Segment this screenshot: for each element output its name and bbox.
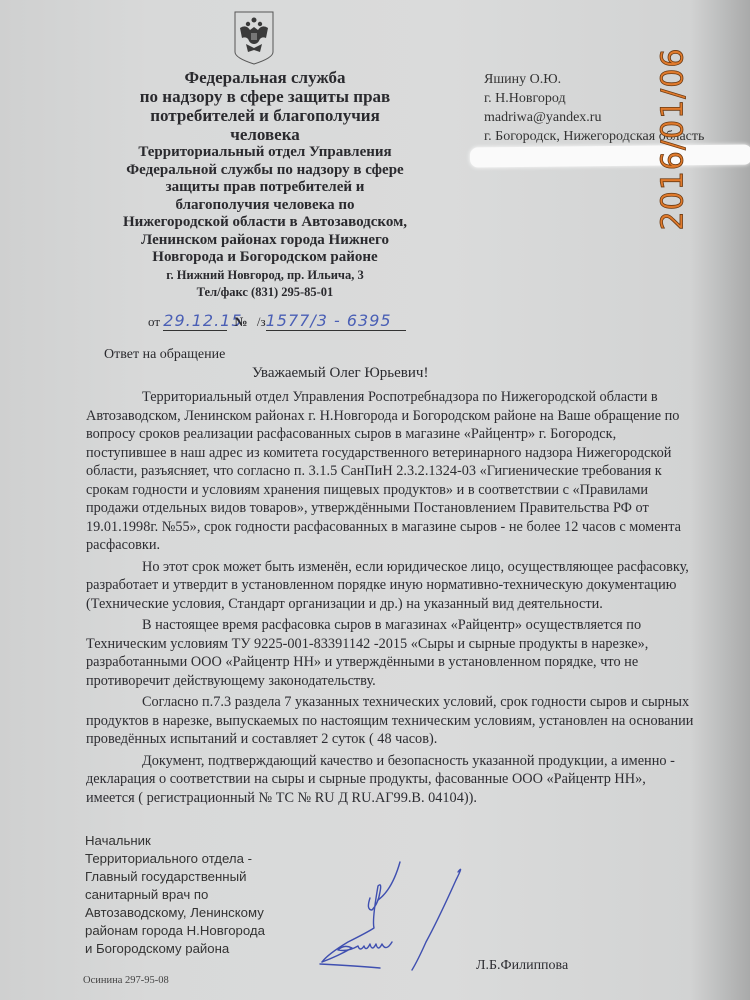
signer-title-line: Главный государственный [85, 868, 265, 886]
dept-name-line: благополучия человека по [95, 197, 435, 215]
org-name-line: человека [95, 125, 435, 144]
reference-line: от 29.12.15 № /з1577/3 - 6395 [148, 311, 406, 331]
photo-date-stamp: 2016/01/06 [655, 60, 691, 218]
signer-title-line: Территориального отдела - [85, 850, 265, 868]
coat-of-arms-icon [232, 10, 276, 66]
letter-page: Федеральная служба по надзору в сфере за… [0, 0, 750, 1000]
signer-title-line: районам города Н.Новгорода [85, 922, 265, 940]
dept-name-line: Федеральной службы по надзору в сфере [95, 162, 435, 180]
signer-title-line: Автозаводскому, Ленинскому [85, 904, 265, 922]
signer-title-line: Начальник [85, 832, 265, 850]
executor-note: Осинина 297-95-08 [83, 975, 169, 986]
letter-subject: Ответ на обращение [104, 347, 225, 363]
organization-header: Федеральная служба по надзору в сфере за… [95, 68, 435, 301]
body-paragraph: Документ, подтверждающий качество и безо… [86, 752, 696, 808]
org-name-line: Федеральная служба [95, 68, 435, 87]
signer-name: Л.Б.Филиппова [476, 958, 568, 974]
ref-from-label: от [148, 314, 160, 329]
date-stamp-text: 2016/01/06 [656, 48, 691, 231]
dept-name-line: Новгорода и Богородском районе [95, 249, 435, 267]
org-name-line: потребителей и благополучия [95, 106, 435, 125]
redaction-mark [470, 145, 750, 168]
ref-number-handwritten: 1577/3 - 6395 [266, 311, 392, 330]
dept-name-line: Ленинском районах города Нижнего [95, 232, 435, 250]
ref-number-label: № [235, 314, 248, 329]
signer-title: Начальник Территориального отдела - Глав… [85, 832, 265, 958]
signer-title-line: санитарный врач по [85, 886, 265, 904]
signer-title-line: и Богородскому района [85, 940, 265, 958]
ref-number-prefix: /з [257, 314, 266, 329]
dept-name-line: Территориальный отдел Управления [95, 144, 435, 162]
handwritten-signature [308, 860, 483, 980]
dept-name-line: защиты прав потребителей и [95, 179, 435, 197]
body-paragraph: Территориальный отдел Управления Роспотр… [86, 388, 696, 555]
ref-date-handwritten: 29.12.15 [163, 311, 242, 330]
org-name-line: по надзору в сфере защиты прав [95, 87, 435, 106]
body-paragraph: Но этот срок может быть изменён, если юр… [86, 558, 696, 614]
org-phone: Тел/факс (831) 295-85-01 [95, 284, 435, 301]
letter-body: Территориальный отдел Управления Роспотр… [86, 388, 696, 810]
letter-greeting: Уважаемый Олег Юрьевич! [252, 365, 428, 382]
body-paragraph: Согласно п.7.3 раздела 7 указанных техни… [86, 693, 696, 749]
dept-name-line: Нижегородской области в Автозаводском, [95, 214, 435, 232]
body-paragraph: В настоящее время расфасовка сыров в маг… [86, 616, 696, 690]
org-address: г. Нижний Новгород, пр. Ильича, 3 [95, 267, 435, 284]
